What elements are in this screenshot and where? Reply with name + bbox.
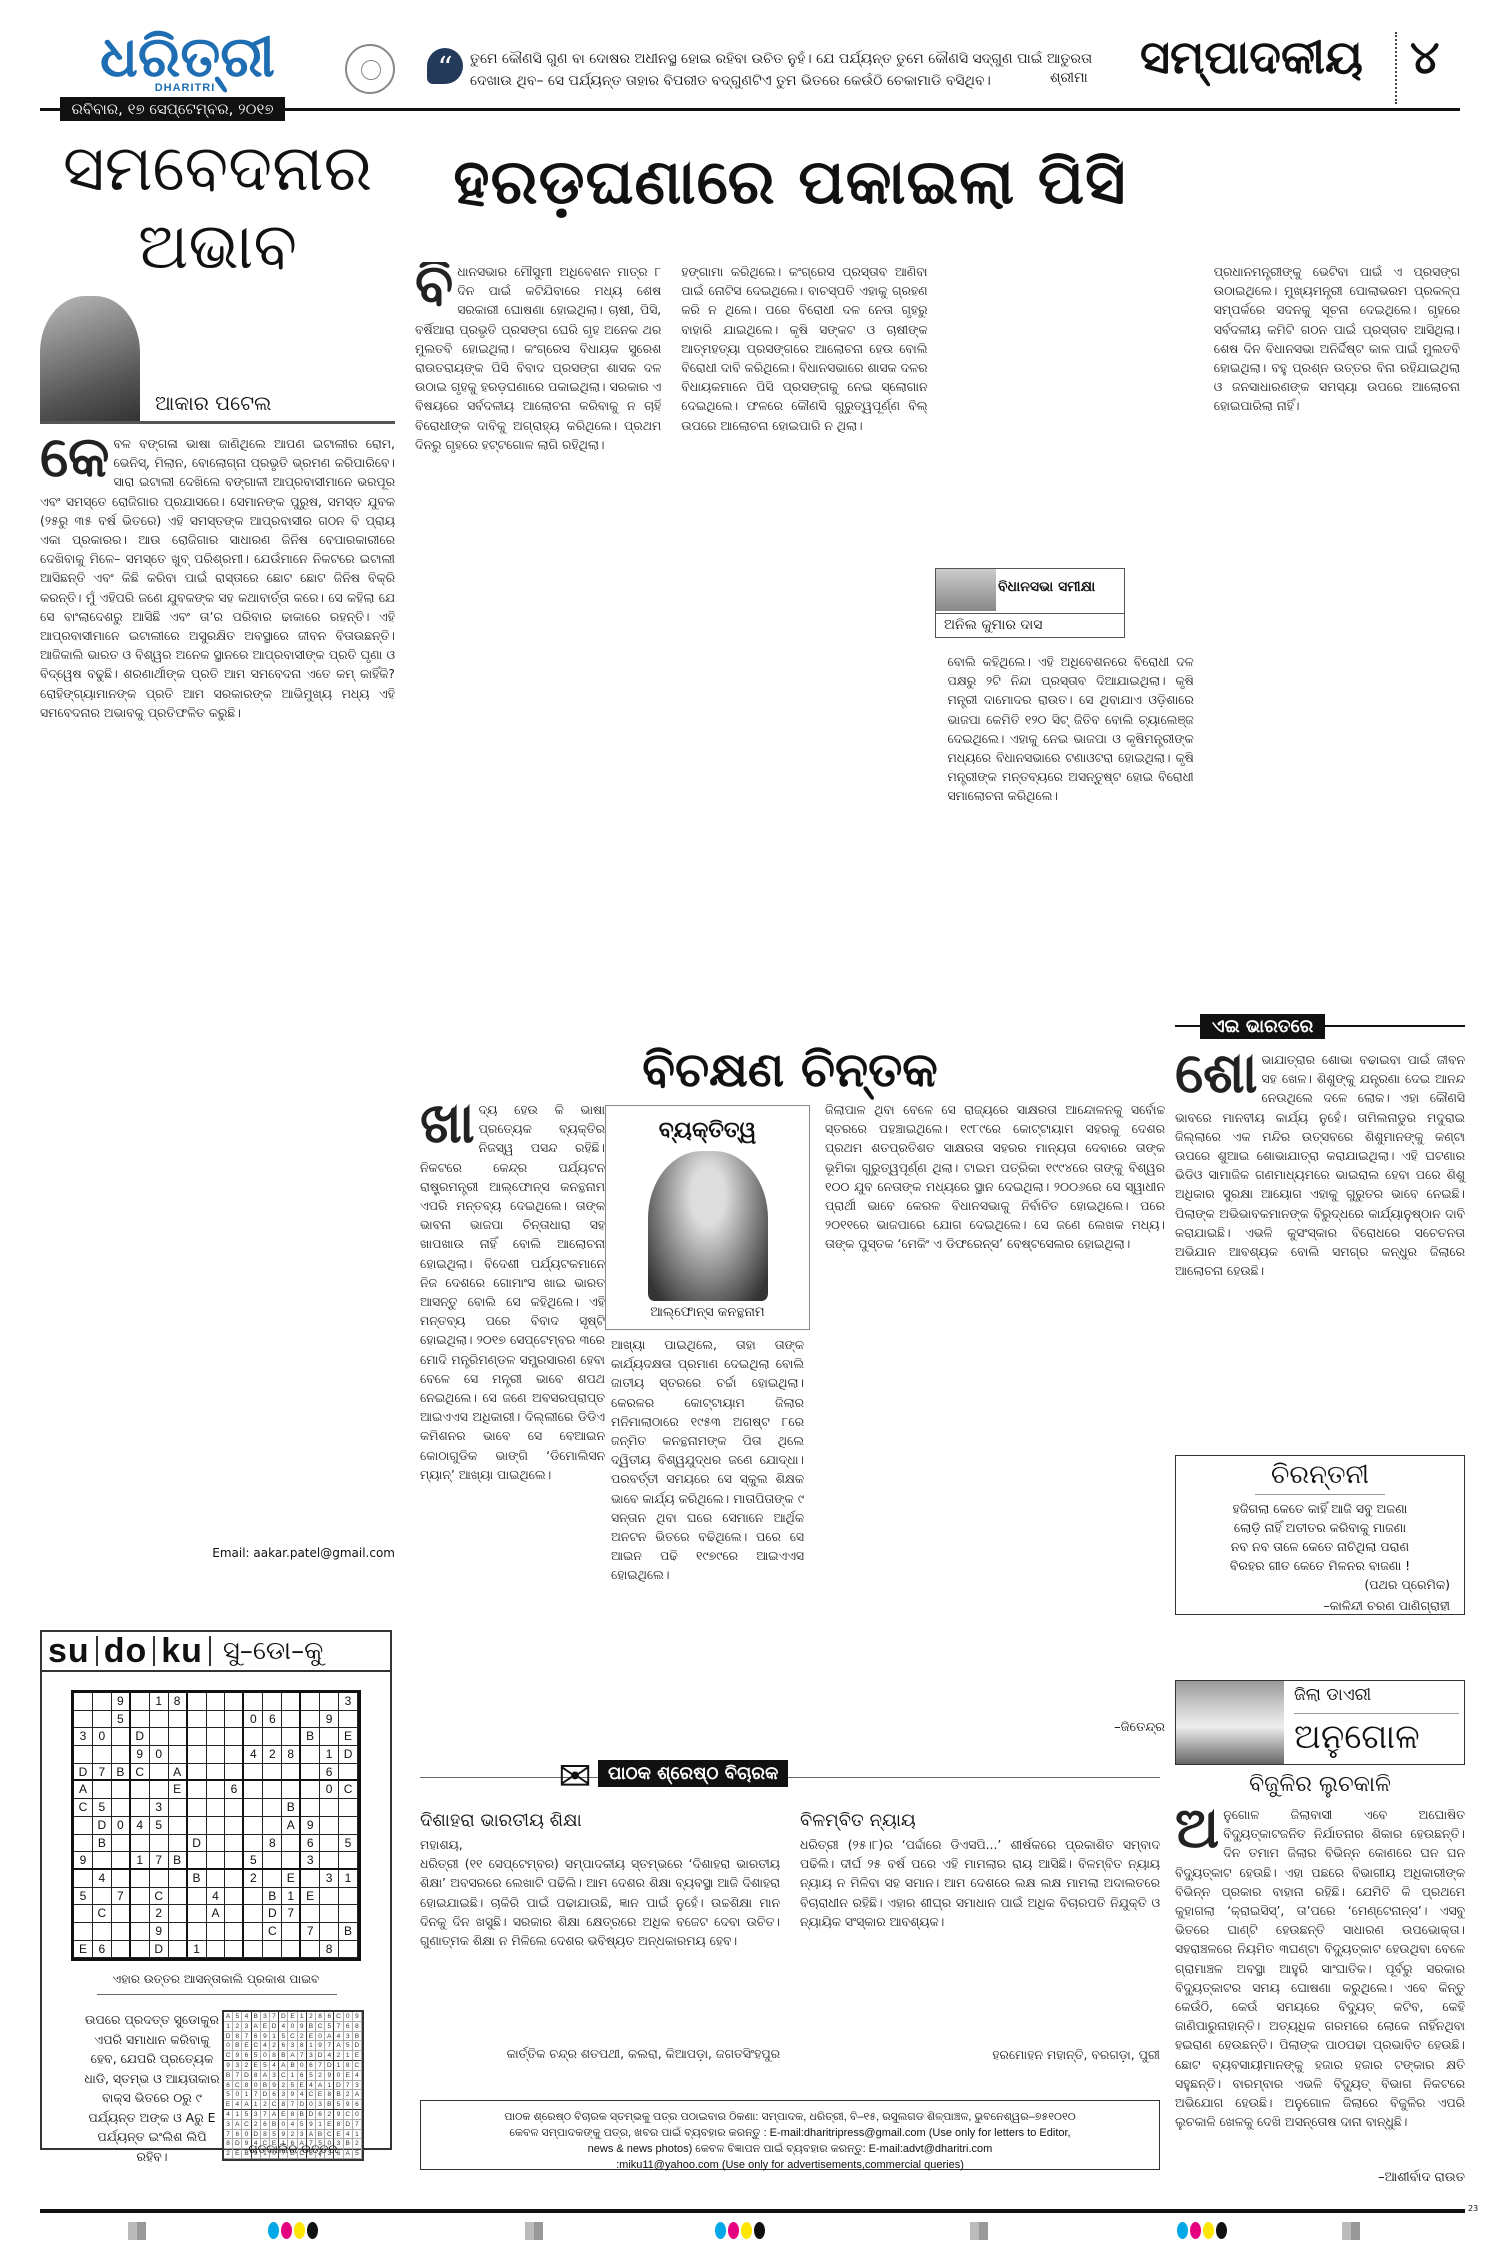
sudoku-cell[interactable] [112,1941,131,1959]
answer-cell: 3 [261,2012,270,2022]
sudoku-cell[interactable] [320,1799,339,1817]
sudoku-cell[interactable] [244,1817,263,1835]
sudoku-cell[interactable] [225,1905,244,1923]
sudoku-cell: 9 [301,1817,320,1835]
sudoku-cell[interactable] [320,1728,339,1746]
district-headline[interactable]: ବିଜୁଳିର ଲୁଚକାଳି [1175,1772,1465,1797]
sudoku-cell[interactable] [131,1835,150,1853]
dropcap: ଶୋ [1175,1050,1258,1098]
magenta-dot [1190,2222,1201,2239]
sudoku-cell[interactable] [282,1693,301,1711]
sudoku-cell[interactable] [188,1888,207,1906]
sudoku-cell[interactable] [93,1781,112,1799]
answer-cell: 5 [252,2051,261,2061]
sudoku-cell[interactable] [207,1870,226,1888]
sudoku-cell[interactable] [263,1852,282,1870]
sudoku-cell[interactable] [131,1941,150,1959]
sudoku-cell: 9 [150,1923,169,1941]
sudoku-cell[interactable] [188,1923,207,1941]
sudoku-cell[interactable] [131,1693,150,1711]
sudoku-cell[interactable] [207,1711,226,1729]
sudoku-cell[interactable] [263,1817,282,1835]
sudoku-cell[interactable] [112,1852,131,1870]
answer-cell: E [288,2012,297,2022]
answer-cell: 0 [298,2061,307,2071]
sudoku-cell[interactable] [263,1870,282,1888]
answer-cell: 4 [298,2090,307,2100]
sudoku-cell[interactable] [131,1711,150,1729]
answer-cell: A [279,2061,288,2071]
answer-cell: 5 [298,2120,307,2130]
answer-cell: B [316,2130,325,2140]
sudoku-cell[interactable] [188,1764,207,1782]
answer-cell: 2 [233,2022,242,2032]
sudoku-cell[interactable] [74,1835,93,1853]
sudoku-cell[interactable] [263,1693,282,1711]
answer-cell: 3 [298,2130,307,2140]
sudoku-cell[interactable] [169,1905,188,1923]
magenta-dot [728,2222,739,2239]
sudoku-cell: 3 [150,1799,169,1817]
divider [1294,1713,1459,1714]
sudoku-cell[interactable] [188,1781,207,1799]
sudoku-cell: B [263,1888,282,1906]
sudoku-cell[interactable] [74,1817,93,1835]
answer-cell: C [316,2022,325,2032]
sudoku-cell[interactable] [207,1799,226,1817]
sudoku-cell[interactable] [150,1835,169,1853]
advt-email-line-2[interactable]: :miku11@yahoo.com (Use only for advertis… [421,2157,1159,2173]
sudoku-cell[interactable] [244,1799,263,1817]
answer-cell: 0 [224,2041,233,2051]
main-headline[interactable]: ହରଡ଼ଘଣାରେ ପକାଇଲା ପିସି [410,142,1170,222]
sudoku-cell[interactable] [263,1941,282,1959]
answer-cell: A [325,2032,334,2042]
sudoku-cell[interactable] [207,1835,226,1853]
sudoku-cell[interactable] [131,1923,150,1941]
sudoku-cell[interactable] [282,1923,301,1941]
sudoku-cell[interactable] [301,1746,320,1764]
registration-grey-mark [1342,2222,1360,2240]
sudoku-cell[interactable] [169,1870,188,1888]
sudoku-cell[interactable] [131,1781,150,1799]
chirantani-poem-box: ଚିରନ୍ତନୀ ହଜିଗଲା କେତେ କାହିଁ ଆଜି ସବୁ ଅଜଣା … [1175,1455,1465,1615]
main-col-1: ବିଧାନସଭାର ମୌସୁମୀ ଅଧିବେଶନ ମାତ୍ର ୮ ଦିନ ପାଇ… [415,262,661,1002]
sudoku-cell: C [93,1905,112,1923]
author-photo [40,296,140,421]
answer-cell: 4 [325,2051,334,2061]
answer-cell: D [334,2081,343,2091]
sudoku-cell[interactable] [131,1905,150,1923]
sudoku-cell[interactable] [169,1817,188,1835]
sudoku-cell[interactable] [244,1693,263,1711]
vidhansabha-review-box: ବିଧାନସଭା ସମୀକ୍ଷା ଅନିଲ କୁମାର ଦାସ [935,568,1125,638]
sudoku-cell: 6 [301,1835,320,1853]
section-divider [1395,32,1397,104]
answer-cell: C [224,2051,233,2061]
letter-author: କାର୍ତ୍ତିକ ଚନ୍ଦ୍ର ଶତପଥୀ, କଲରା, କିଆପଡ଼ା, ଜ… [420,2044,780,2063]
sudoku-cell[interactable] [93,1693,112,1711]
sudoku-cell: 0 [244,1711,263,1729]
advt-email-line[interactable]: news & news photos) କେବଳ ବିଜ୍ଞାପନ ପାଇଁ ବ… [421,2141,1159,2157]
profile-signoff: –ଜିତେନ୍ଦ୍ର [825,1720,1165,1735]
answer-cell: C [242,2120,251,2130]
sudoku-cell[interactable] [225,1923,244,1941]
dharitri-logo[interactable]: ଧରିତ୍ରୀ DHARITRI [100,28,270,100]
sudoku-cell[interactable] [207,1693,226,1711]
sudoku-cell[interactable] [93,1923,112,1941]
answer-cell: A [224,2012,233,2022]
sudoku-cell: 9 [320,1711,339,1729]
divider [1255,1494,1385,1495]
article-headline[interactable]: ସମବେଦନାର ଅଭାବ [40,130,395,286]
sudoku-cell[interactable] [244,1835,263,1853]
sudoku-cell[interactable] [225,1817,244,1835]
answer-cell: D [279,2012,288,2022]
sudoku-cell[interactable] [282,1941,301,1959]
sudoku-cell[interactable] [207,1781,226,1799]
answer-cell: B [334,2090,343,2100]
sudoku-cell[interactable] [263,1728,282,1746]
sudoku-cell[interactable] [339,1852,358,1870]
sudoku-cell: 3 [301,1852,320,1870]
sudoku-cell[interactable] [207,1852,226,1870]
answer-cell: 5 [344,2041,353,2051]
sudoku-cell[interactable] [225,1746,244,1764]
answer-cell: 7 [353,2120,362,2130]
chirantani-title: ଚିରନ୍ତନୀ [1176,1460,1464,1491]
answer-cell: B [288,2061,297,2071]
sudoku-cell[interactable] [225,1711,244,1729]
answer-cell: 4 [279,2022,288,2032]
sudoku-cell[interactable] [188,1817,207,1835]
article-body: କେବଳ ବଙ୍ଗଳା ଭାଷା ଜାଣିଥିଲେ ଆପଣ ଇଟାଲୀର ରୋମ… [40,434,395,1544]
sudoku-cell[interactable] [112,1905,131,1923]
sudoku-cell[interactable] [112,1728,131,1746]
letters-address-box: ପାଠକ ଶ୍ରେଷ୍ଠ ବିଚାରକ ସ୍ତମ୍ଭକୁ ପତ୍ର ପଠାଇବା… [420,2100,1160,2170]
answer-cell: 1 [288,2071,297,2081]
answer-cell: 1 [252,2100,261,2110]
quote-author: ଶ୍ରୀମା [1050,70,1088,86]
answer-cell: 9 [307,2120,316,2130]
sudoku-cell[interactable] [244,1764,263,1782]
black-dot [1216,2222,1227,2239]
sudoku-cell: 1 [188,1941,207,1959]
main-col-2: ହଙ୍ଗାମା କରିଥିଲେ। କଂଗ୍ରେସ ପ୍ରସ୍ତାବ ଆଣିବା … [681,262,927,1002]
sudoku-cell: 1 [150,1693,169,1711]
sudoku-cell[interactable] [282,1711,301,1729]
sudoku-cell[interactable] [207,1746,226,1764]
sudoku-cell[interactable] [225,1941,244,1959]
sudoku-cell: 5 [244,1852,263,1870]
answer-cell: 6 [353,2100,362,2110]
sudoku-cell[interactable] [225,1852,244,1870]
konark-wheel-icon [345,44,395,94]
sudoku-cell[interactable] [112,1870,131,1888]
sudoku-cell[interactable] [320,1852,339,1870]
sudoku-cell[interactable] [207,1728,226,1746]
answer-cell: B [279,2051,288,2061]
answer-cell: 2 [288,2130,297,2140]
sudoku-cell[interactable] [301,1781,320,1799]
sudoku-cell[interactable] [339,1817,358,1835]
sudoku-cell[interactable] [320,1835,339,1853]
sudoku-cell[interactable] [93,1746,112,1764]
sudoku-cell[interactable] [74,1693,93,1711]
answer-cell: 6 [224,2081,233,2091]
answer-cell: 9 [298,2022,307,2032]
sudoku-cell[interactable] [112,1835,131,1853]
profile-photo-box: ବ୍ୟକ୍ତିତ୍ୱ ଆଲ୍‌ଫୋନ୍ସ କନନ୍ଥନାମ [605,1105,810,1330]
sudoku-cell[interactable] [169,1728,188,1746]
sudoku-cell[interactable] [169,1941,188,1959]
answer-cell: D [298,2100,307,2110]
answer-cell: 3 [233,2061,242,2071]
sudoku-cell[interactable] [225,1835,244,1853]
sudoku-cell[interactable] [207,1764,226,1782]
sudoku-cell[interactable] [188,1905,207,1923]
address-line: ପାଠକ ଶ୍ରେଷ୍ଠ ବିଚାରକ ସ୍ତମ୍ଭକୁ ପତ୍ର ପଠାଇବା… [421,2109,1159,2125]
sudoku-cell[interactable] [112,1746,131,1764]
sudoku-cell[interactable] [188,1799,207,1817]
sudoku-cell: 7 [282,1905,301,1923]
sudoku-cell[interactable] [225,1693,244,1711]
sudoku-cell[interactable] [150,1728,169,1746]
sudoku-cell[interactable] [244,1941,263,1959]
sudoku-cell: 5 [339,1835,358,1853]
answer-cell: 5 [325,2022,334,2032]
sudoku-cell[interactable] [225,1888,244,1906]
sudoku-cell[interactable] [339,1888,358,1906]
sudoku-title-ku: ku [161,1632,203,1671]
sudoku-cell[interactable] [169,1799,188,1817]
sudoku-cell[interactable] [339,1711,358,1729]
sudoku-cell[interactable] [339,1799,358,1817]
sudoku-cell[interactable] [320,1817,339,1835]
answer-cell: E [307,2032,316,2042]
answer-cell: D [353,2041,362,2051]
sudoku-cell: E [169,1781,188,1799]
answer-cell: 7 [344,2081,353,2091]
answer-cell: 9 [316,2041,325,2051]
answer-cell: 3 [279,2090,288,2100]
sudoku-cell: D [339,1746,358,1764]
answer-cell: A [288,2051,297,2061]
letter-title[interactable]: ଦିଶାହରା ଭାରତୀୟ ଶିକ୍ଷା [420,1810,780,1831]
answer-cell: 7 [288,2100,297,2110]
sudoku-cell[interactable] [263,1799,282,1817]
ei-bharatare-body: ଶୋଭାଯାତ୍ରାର ଶୋଭା ବଢାଇବା ପାଇଁ ଜୀବନ ସହ ଖେଳ… [1175,1050,1465,1280]
sudoku-cell[interactable] [169,1835,188,1853]
sudoku-cell[interactable] [282,1781,301,1799]
sudoku-cell[interactable] [225,1728,244,1746]
sudoku-cell: C [131,1764,150,1782]
sudoku-cell[interactable] [131,1888,150,1906]
sudoku-cell[interactable] [207,1923,226,1941]
sudoku-grid[interactable]: 9183506930DBE904281DD7BCA6AE60CC53BD045A… [71,1690,361,1961]
sudoku-cell[interactable] [207,1817,226,1835]
sudoku-cell[interactable] [207,1941,226,1959]
sudoku-cell: D [74,1764,93,1782]
sudoku-cell[interactable] [339,1941,358,1959]
sudoku-cell[interactable] [74,1746,93,1764]
poem-line: ହଜିଗଲା କେତେ କାହିଁ ଆଜି ସବୁ ଅଜଣା [1176,1499,1464,1518]
sudoku-cell[interactable] [320,1693,339,1711]
sudoku-cell[interactable] [74,1905,93,1923]
black-dot [754,2222,765,2239]
letter-title[interactable]: ବିଳମ୍ବିତ ନ୍ୟାୟ [800,1810,1160,1831]
sudoku-cell: D [150,1941,169,1959]
sudoku-cell[interactable] [244,1781,263,1799]
answer-cell: 4 [353,2071,362,2081]
sudoku-cell[interactable] [263,1781,282,1799]
answer-cell: C [344,2110,353,2120]
sudoku-cell[interactable] [320,1905,339,1923]
sudoku-cell[interactable] [150,1870,169,1888]
sudoku-cell[interactable] [150,1711,169,1729]
sudoku-cell[interactable] [244,1923,263,1941]
profile-headline[interactable]: ବିଚକ୍ଷଣ ଚିନ୍ତକ [410,1040,1170,1100]
sudoku-cell[interactable] [169,1746,188,1764]
sudoku-cell[interactable] [169,1711,188,1729]
answer-cell: C [307,2090,316,2100]
poem-line: ନବ ନବ ତାଳେ କେତେ ନାଚିଥିଲା ପରାଣ [1176,1537,1464,1556]
editor-email-line[interactable]: କେବଳ ସମ୍ପାଦକଙ୍କୁ ପତ୍ର, ଖବର ପାଇଁ ବ୍ୟବହାର … [421,2125,1159,2141]
sudoku-cell[interactable] [74,1711,93,1729]
sudoku-cell[interactable] [131,1870,150,1888]
sudoku-cell: 3 [339,1693,358,1711]
sudoku-cell[interactable] [282,1835,301,1853]
sudoku-cell[interactable] [112,1781,131,1799]
sudoku-cell[interactable] [301,1693,320,1711]
district-author: –ଆଶୀର୍ବାଦ ରାଉତ [1175,2170,1465,2185]
sudoku-cell: 5 [150,1817,169,1835]
letter-body: ଧରିତ୍ରୀ (୨୫।୮)ର ‘ପର୍ଦ୍ଦାରେ ଡିଏସପି...’ ଶୀ… [800,1835,1160,2045]
left-opinion-article: ସମବେଦନାର ଅଭାବ ଆକାର ପଟେଲ କେବଳ ବଙ୍ଗଳା ଭାଷା… [40,130,395,1560]
sudoku-cell[interactable] [74,1870,93,1888]
sudoku-cell[interactable] [112,1923,131,1941]
sudoku-cell[interactable] [320,1923,339,1941]
answer-cell: B [353,2032,362,2042]
sudoku-cell[interactable] [188,1693,207,1711]
answer-cell: C [353,2061,362,2071]
sudoku-cell[interactable] [188,1728,207,1746]
registration-color-mark [268,2222,318,2239]
sudoku-cell[interactable] [169,1888,188,1906]
answer-cell: 7 [233,2071,242,2081]
sudoku-cell[interactable] [282,1852,301,1870]
sudoku-cell: 0 [150,1746,169,1764]
answer-cell: 8 [353,2022,362,2032]
answer-cell: 2 [316,2071,325,2081]
sudoku-cell[interactable] [282,1728,301,1746]
sudoku-cell[interactable] [188,1852,207,1870]
author-email[interactable]: Email: aakar.patel@gmail.com [40,1546,395,1560]
sudoku-cell[interactable] [282,1764,301,1782]
sudoku-cell[interactable] [93,1711,112,1729]
sudoku-cell[interactable] [301,1905,320,1923]
sudoku-cell[interactable] [225,1870,244,1888]
sudoku-cell[interactable] [93,1888,112,1906]
sudoku-cell: 8 [263,1835,282,1853]
answer-cell: D [316,2051,325,2061]
answer-cell: 7 [298,2051,307,2061]
sudoku-cell[interactable] [131,1799,150,1817]
answer-cell: A [353,2090,362,2100]
answer-cell: 6 [279,2041,288,2051]
answer-cell: C [252,2041,261,2051]
answer-cell: 7 [252,2090,261,2100]
district-name: ଅନୁଗୋଳ [1294,1717,1420,1757]
divider [153,1636,155,1666]
photo-caption: ଆଲ୍‌ଫୋନ୍ସ କନନ୍ଥନାମ [606,1305,809,1320]
sudoku-cell[interactable] [169,1923,188,1941]
sudoku-cell[interactable] [339,1905,358,1923]
divider [96,1636,98,1666]
answer-cell: 8 [252,2071,261,2081]
answer-cell: 7 [316,2061,325,2071]
answer-cell: D [224,2032,233,2042]
box-title: ବିଧାନସଭା ସମୀକ୍ଷା [998,579,1095,595]
magenta-dot [281,2222,292,2239]
sudoku-cell[interactable] [150,1764,169,1782]
sudoku-cell[interactable] [320,1888,339,1906]
sudoku-cell[interactable] [244,1888,263,1906]
sudoku-cell[interactable] [150,1781,169,1799]
sudoku-cell[interactable] [244,1905,263,1923]
answer-cell: 6 [242,2051,251,2061]
sudoku-cell[interactable] [301,1799,320,1817]
sudoku-cell[interactable] [188,1711,207,1729]
sudoku-cell[interactable] [225,1764,244,1782]
answer-cell: 0 [233,2090,242,2100]
sudoku-note: ଏହାର ଉତ୍ତର ଆସନ୍ତାକାଲି ପ୍ରକାଶ ପାଇବ [42,1972,390,1987]
sudoku-cell: 5 [112,1711,131,1729]
answer-cell: 4 [224,2110,233,2120]
answer-cell: C [288,2032,297,2042]
sudoku-cell[interactable] [225,1799,244,1817]
sudoku-cell[interactable] [112,1799,131,1817]
answer-cell: 2 [279,2081,288,2091]
sudoku-cell: E [74,1941,93,1959]
sudoku-cell[interactable] [74,1923,93,1941]
sudoku-title-su: su [48,1632,90,1671]
issue-date: ରବିବାର, ୧୭ ସେପ୍ଟେମ୍ବର, ୨୦୧୭ [60,97,285,121]
answer-cell: 6 [270,2090,279,2100]
sudoku-cell[interactable] [301,1941,320,1959]
sudoku-cell[interactable] [301,1764,320,1782]
answer-cell: 3 [316,2100,325,2110]
poem-line: ବିରହର ଗୀତ କେତେ ମିଳନର ବାଜଣା ! [1176,1556,1464,1575]
answer-cell: D [325,2061,334,2071]
sudoku-cell[interactable] [93,1852,112,1870]
answer-cell: D [252,2130,261,2140]
sudoku-cell[interactable] [301,1711,320,1729]
answer-cell: 7 [334,2022,343,2032]
answer-cell: 4 [233,2100,242,2110]
sudoku-cell[interactable] [188,1746,207,1764]
answer-cell: 8 [279,2100,288,2110]
answer-cell: 4 [242,2012,251,2022]
sudoku-cell[interactable] [244,1728,263,1746]
sudoku-cell[interactable] [339,1764,358,1782]
sudoku-cell: 0 [93,1728,112,1746]
answer-cell: 9 [334,2110,343,2120]
sudoku-cell: D [93,1817,112,1835]
logo-text: ଧରିତ୍ରୀ [100,28,270,86]
sudoku-cell[interactable] [263,1764,282,1782]
sudoku-cell[interactable] [301,1870,320,1888]
